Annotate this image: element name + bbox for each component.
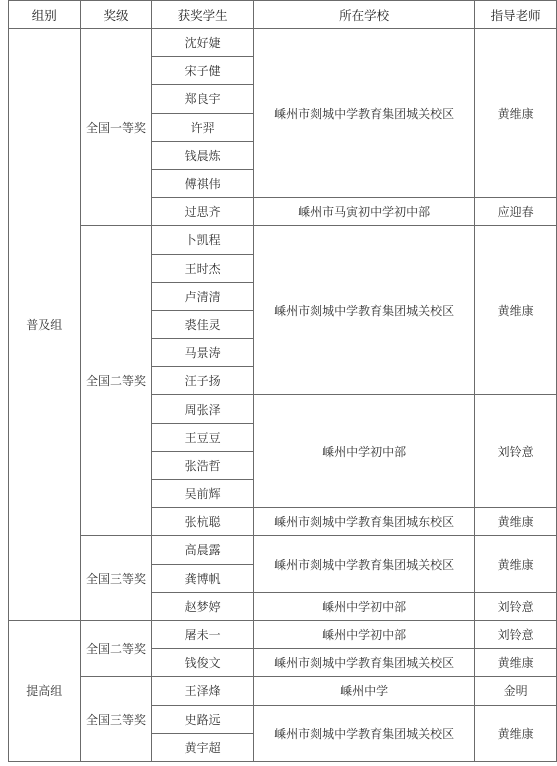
header-school: 所在学校 (253, 1, 475, 29)
student-cell: 史路远 (152, 705, 253, 733)
school-cell: 嵊州市剡城中学教育集团城东校区 (253, 508, 475, 536)
student-cell: 钱晨炼 (152, 141, 253, 169)
table-row: 普及组 全国一等奖 沈好婕 嵊州市剡城中学教育集团城关校区 黄维康 (9, 29, 557, 57)
school-cell: 嵊州市剡城中学教育集团城关校区 (253, 705, 475, 761)
header-award-level: 奖级 (80, 1, 152, 29)
table-row: 提高组 全国二等奖 屠未一 嵊州中学初中部 刘铃意 (9, 620, 557, 648)
header-teacher: 指导老师 (475, 1, 557, 29)
award-level-cell: 全国二等奖 (80, 620, 152, 676)
teacher-cell: 黄维康 (475, 705, 557, 761)
student-cell: 王时杰 (152, 254, 253, 282)
award-level-cell: 全国二等奖 (80, 226, 152, 536)
student-cell: 王泽烽 (152, 677, 253, 705)
student-cell: 裘佳灵 (152, 310, 253, 338)
student-cell: 汪子扬 (152, 367, 253, 395)
student-cell: 过思齐 (152, 198, 253, 226)
teacher-cell: 黄维康 (475, 29, 557, 198)
school-cell: 嵊州中学初中部 (253, 592, 475, 620)
student-cell: 王豆豆 (152, 423, 253, 451)
student-cell: 马景涛 (152, 339, 253, 367)
table-row: 全国三等奖 王泽烽 嵊州中学 金明 (9, 677, 557, 705)
teacher-cell: 黄维康 (475, 536, 557, 592)
school-cell: 嵊州市剡城中学教育集团城关校区 (253, 649, 475, 677)
school-cell: 嵊州市马寅初中学初中部 (253, 198, 475, 226)
student-cell: 吴前辉 (152, 480, 253, 508)
student-cell: 郑良宇 (152, 85, 253, 113)
student-cell: 张杭聪 (152, 508, 253, 536)
school-cell: 嵊州市剡城中学教育集团城关校区 (253, 536, 475, 592)
group-cell: 普及组 (9, 29, 81, 621)
school-cell: 嵊州中学初中部 (253, 395, 475, 508)
student-cell: 许羿 (152, 113, 253, 141)
header-group: 组别 (9, 1, 81, 29)
table-row: 全国三等奖 高晨露 嵊州市剡城中学教育集团城关校区 黄维康 (9, 536, 557, 564)
student-cell: 宋子健 (152, 57, 253, 85)
student-cell: 高晨露 (152, 536, 253, 564)
school-cell: 嵊州市剡城中学教育集团城关校区 (253, 29, 475, 198)
teacher-cell: 金明 (475, 677, 557, 705)
student-cell: 钱俊文 (152, 649, 253, 677)
award-table: 组别 奖级 获奖学生 所在学校 指导老师 普及组 全国一等奖 沈好婕 嵊州市剡城… (8, 0, 557, 762)
school-cell: 嵊州市剡城中学教育集团城关校区 (253, 226, 475, 395)
student-cell: 屠未一 (152, 620, 253, 648)
teacher-cell: 刘铃意 (475, 592, 557, 620)
school-cell: 嵊州中学初中部 (253, 620, 475, 648)
student-cell: 张浩哲 (152, 451, 253, 479)
award-table-container: 组别 奖级 获奖学生 所在学校 指导老师 普及组 全国一等奖 沈好婕 嵊州市剡城… (8, 0, 557, 762)
student-cell: 龚博帆 (152, 564, 253, 592)
teacher-cell: 刘铃意 (475, 395, 557, 508)
student-cell: 卢清清 (152, 282, 253, 310)
student-cell: 沈好婕 (152, 29, 253, 57)
award-level-cell: 全国一等奖 (80, 29, 152, 226)
teacher-cell: 刘铃意 (475, 620, 557, 648)
student-cell: 黄宇超 (152, 733, 253, 761)
student-cell: 周张泽 (152, 395, 253, 423)
award-level-cell: 全国三等奖 (80, 536, 152, 621)
award-level-cell: 全国三等奖 (80, 677, 152, 762)
header-student: 获奖学生 (152, 1, 253, 29)
school-cell: 嵊州中学 (253, 677, 475, 705)
teacher-cell: 应迎春 (475, 198, 557, 226)
table-row: 全国二等奖 卜凯程 嵊州市剡城中学教育集团城关校区 黄维康 (9, 226, 557, 254)
table-header-row: 组别 奖级 获奖学生 所在学校 指导老师 (9, 1, 557, 29)
teacher-cell: 黄维康 (475, 226, 557, 395)
student-cell: 赵梦婷 (152, 592, 253, 620)
teacher-cell: 黄维康 (475, 508, 557, 536)
group-cell: 提高组 (9, 620, 81, 761)
student-cell: 卜凯程 (152, 226, 253, 254)
student-cell: 傅祺伟 (152, 169, 253, 197)
teacher-cell: 黄维康 (475, 649, 557, 677)
